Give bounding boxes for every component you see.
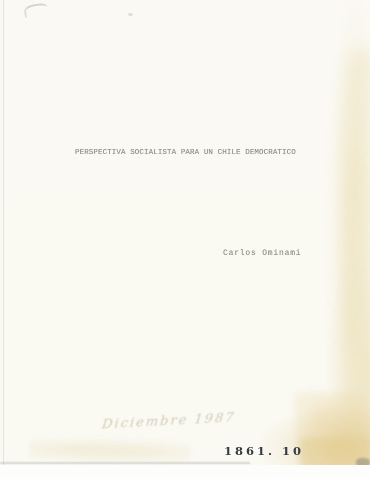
smudge-dot (128, 13, 133, 16)
scan-bottom-strip (0, 465, 370, 479)
catalog-number-stamp: 1861. 10 (224, 444, 304, 458)
author-name: Carlos Ominami (223, 249, 301, 258)
scan-bottom-line (0, 462, 250, 464)
stain-mid-right (344, 150, 364, 350)
scanned-document: PERSPECTIVA SOCIALISTA PARA UN CHILE DEM… (0, 0, 370, 479)
document-title: PERSPECTIVA SOCIALISTA PARA UN CHILE DEM… (75, 149, 296, 157)
stain-bottom-center (30, 440, 190, 462)
scan-edge-line (3, 0, 4, 466)
